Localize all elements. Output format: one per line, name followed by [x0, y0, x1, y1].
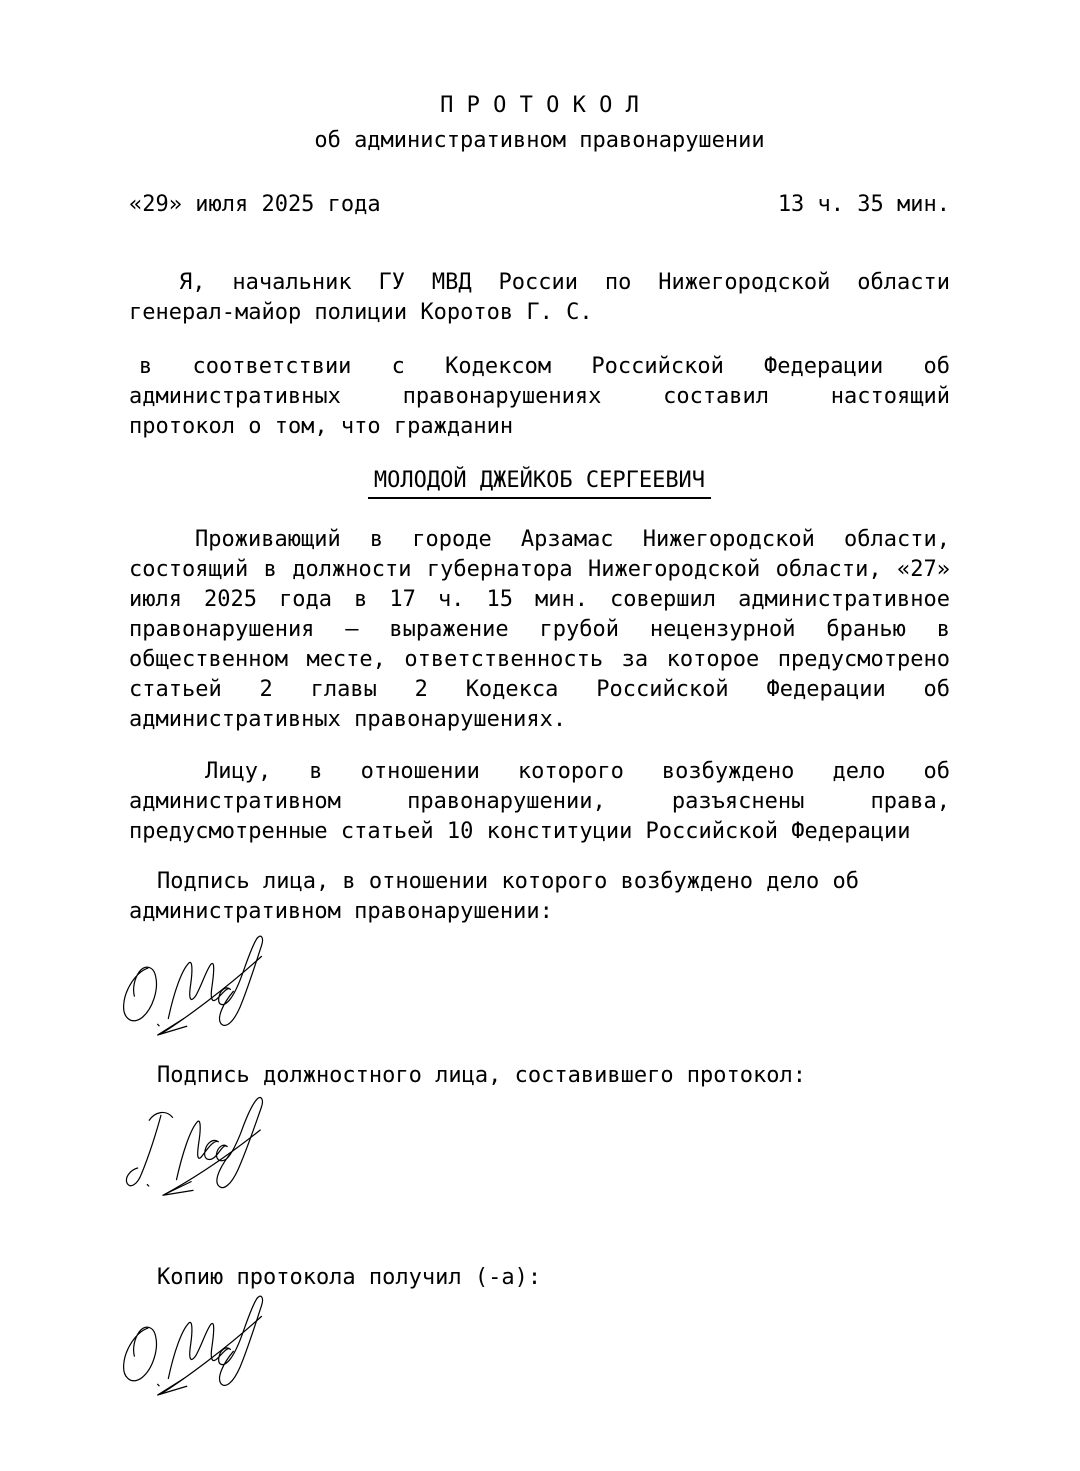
document-title-block: П Р О Т О К О Л об административном прав… [129, 88, 950, 158]
offender-signature-label: Подпись лица, в отношении которого возбу… [129, 867, 950, 927]
copy-received-label: Копию протокола получил (-а): [129, 1263, 950, 1293]
text-line: Подпись лица, в отношении которого возбу… [129, 867, 950, 897]
text-line: состоящий в должности губернатора Нижего… [129, 555, 950, 585]
official-signature-label: Подпись должностного лица, составившего … [129, 1061, 950, 1091]
document-content: П Р О Т О К О Л об административном прав… [129, 88, 950, 1401]
text-line: генерал-майор полиции Коротов Г. С. [129, 298, 950, 328]
document-subtitle: об административном правонарушении [129, 123, 950, 158]
document-title: П Р О Т О К О Л [129, 88, 950, 123]
text-line: Я, начальник ГУ МВД России по Нижегородс… [129, 268, 950, 298]
text-line: административном правонарушении, разъясн… [129, 787, 950, 817]
text-line: статьей 2 главы 2 Кодекса Российской Фед… [129, 675, 950, 705]
text-line: Проживающий в городе Арзамас Нижегородск… [129, 525, 950, 555]
document-date: «29» июля 2025 года [129, 190, 381, 220]
text-line: июля 2025 года в 17 ч. 15 мин. совершил … [129, 585, 950, 615]
signature-copy-received [113, 1289, 278, 1401]
offender-name-heading: МОЛОДОЙ ДЖЕЙКОБ СЕРГЕЕВИЧ [129, 466, 950, 499]
text-line: административном правонарушении: [129, 897, 950, 927]
text-line: протокол о том, что гражданин [129, 412, 950, 442]
document-page: П Р О Т О К О Л об административном прав… [0, 0, 1080, 1471]
paragraph-legal-basis: в соответствии с Кодексом Российской Фед… [129, 352, 950, 442]
paragraph-offense-description: Проживающий в городе Арзамас Нижегородск… [129, 525, 950, 735]
paragraph-officer: Я, начальник ГУ МВД России по Нижегородс… [129, 268, 950, 328]
paragraph-rights-notice: Лицу, в отношении которого возбуждено де… [129, 757, 950, 847]
signature-offender [113, 929, 278, 1041]
date-time-row: «29» июля 2025 года 13 ч. 35 мин. [129, 190, 950, 220]
text-line: Подпись должностного лица, составившего … [129, 1061, 950, 1091]
text-line: предусмотренные статьей 10 конституции Р… [129, 817, 950, 847]
text-line: в соответствии с Кодексом Российской Фед… [129, 352, 950, 382]
text-line: правонарушения — выражение грубой неценз… [129, 615, 950, 645]
text-line: Копию протокола получил (-а): [129, 1263, 950, 1293]
document-time: 13 ч. 35 мин. [778, 190, 950, 220]
offender-name: МОЛОДОЙ ДЖЕЙКОБ СЕРГЕЕВИЧ [368, 466, 711, 499]
text-line: административных правонарушениях. [129, 705, 950, 735]
text-line: общественном месте, ответственность за к… [129, 645, 950, 675]
text-line: административных правонарушениях состави… [129, 382, 950, 412]
signature-official [113, 1093, 278, 1205]
text-line: Лицу, в отношении которого возбуждено де… [129, 757, 950, 787]
